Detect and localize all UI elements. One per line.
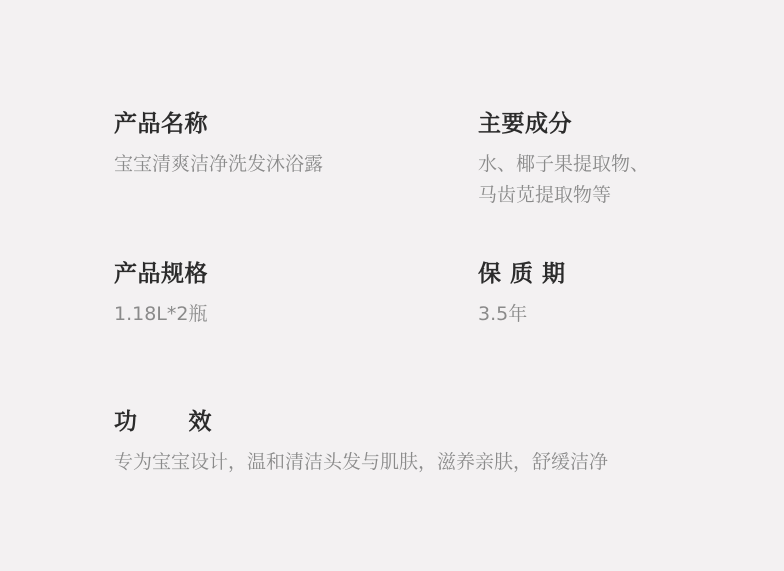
shelf-life-section: 保 质 期 3.5年	[478, 259, 566, 329]
product-spec-value: 1.18L*2瓶	[114, 299, 208, 329]
ingredients-section: 主要成分 水、椰子果提取物、 马齿苋提取物等	[478, 109, 649, 211]
product-name-label: 产品名称	[114, 109, 323, 139]
ingredients-label: 主要成分	[478, 109, 649, 139]
effect-value: 专为宝宝设计，温和清洁头发与肌肤，滋养亲肤，舒缓洁净	[114, 447, 608, 477]
product-name-section: 产品名称 宝宝清爽洁净洗发沐浴露	[114, 109, 323, 179]
product-spec-label: 产品规格	[114, 259, 208, 289]
product-spec-section: 产品规格 1.18L*2瓶	[114, 259, 208, 329]
effect-section: 功 效 专为宝宝设计，温和清洁头发与肌肤，滋养亲肤，舒缓洁净	[114, 407, 608, 477]
effect-label: 功 效	[114, 407, 608, 437]
ingredients-value: 水、椰子果提取物、 马齿苋提取物等	[478, 149, 649, 211]
shelf-life-value: 3.5年	[478, 299, 566, 329]
shelf-life-label: 保 质 期	[478, 259, 566, 289]
product-name-value: 宝宝清爽洁净洗发沐浴露	[114, 149, 323, 179]
